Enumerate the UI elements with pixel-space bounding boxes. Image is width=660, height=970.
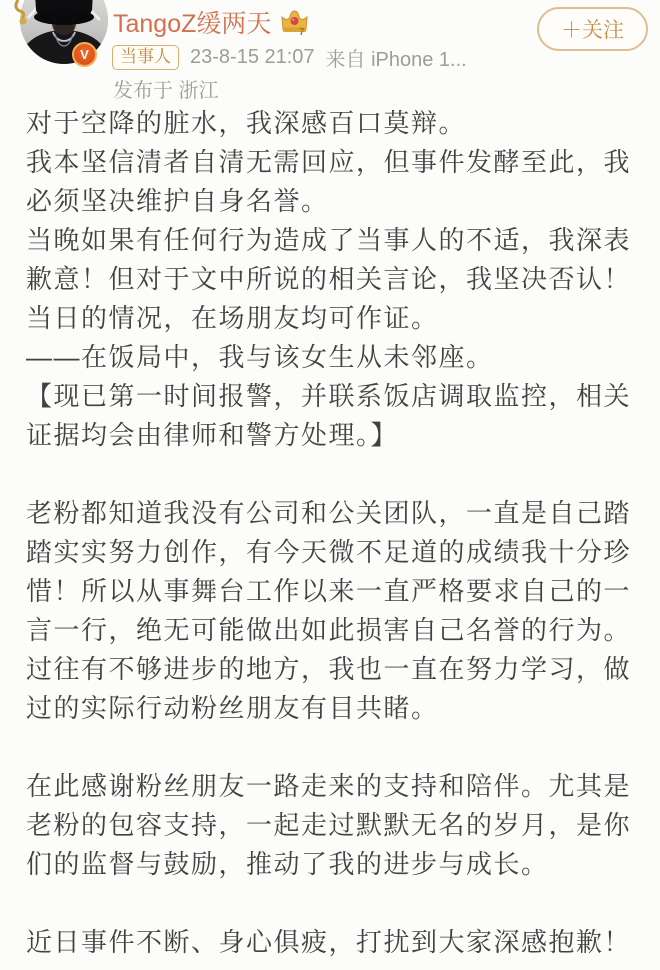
earring-ornament-icon — [11, 0, 33, 26]
post-body: 对于空降的脏水，我深感百口莫辩。我本坚信清者自清无需回应，但事件发酵至此，我必须… — [26, 104, 634, 962]
weibo-post-page: V TangoZ缓两天 7 当事人 23-8-15 21:07 来自 iPhon… — [0, 0, 660, 970]
verified-badge-icon: V — [72, 42, 97, 67]
meta-row: 当事人 23-8-15 21:07 来自 iPhone 1... — [112, 43, 467, 72]
verified-letter: V — [80, 48, 89, 61]
post-paragraph: 近日事件不断、身心俱疲，打扰到大家深感抱歉！ — [26, 923, 634, 962]
username-row: TangoZ缓两天 7 — [113, 4, 309, 40]
follow-button[interactable]: ＋关注 — [537, 7, 648, 51]
post-line: 近日事件不断、身心俱疲，打扰到大家深感抱歉！ — [26, 923, 634, 962]
vip-crown-icon: 7 — [280, 9, 309, 36]
username[interactable]: TangoZ缓两天 — [113, 4, 271, 40]
post-line: 我本坚信清者自清无需回应，但事件发酵至此，我必须坚决维护自身名誉。 — [26, 143, 634, 221]
post-location: 发布于 浙江 — [113, 74, 219, 103]
post-line: 【现已第一时间报警，并联系饭店调取监控，相关证据均会由律师和警方处理。】 — [26, 377, 634, 455]
post-header: V TangoZ缓两天 7 当事人 23-8-15 21:07 来自 iPhon… — [0, 0, 660, 101]
post-paragraph: 对于空降的脏水，我深感百口莫辩。我本坚信清者自清无需回应，但事件发酵至此，我必须… — [26, 104, 634, 455]
post-source[interactable]: 来自 iPhone 1... — [326, 43, 467, 72]
post-timestamp: 23-8-15 21:07 — [190, 46, 315, 69]
svg-text:7: 7 — [299, 27, 305, 36]
post-line: 对于空降的脏水，我深感百口莫辩。 — [26, 104, 634, 143]
post-line: 在此感谢粉丝朋友一路走来的支持和陪伴。尤其是老粉的包容支持，一起走过默默无名的岁… — [26, 767, 634, 884]
post-line: 当晚如果有任何行为造成了当事人的不适，我深表歉意！但对于文中所说的相关言论，我坚… — [26, 221, 634, 299]
post-paragraph: 在此感谢粉丝朋友一路走来的支持和陪伴。尤其是老粉的包容支持，一起走过默默无名的岁… — [26, 767, 634, 884]
role-badge: 当事人 — [112, 45, 179, 71]
post-paragraph: 老粉都知道我没有公司和公关团队，一直是自己踏踏实实努力创作，有今天微不足道的成绩… — [26, 494, 634, 728]
post-line: 老粉都知道我没有公司和公关团队，一直是自己踏踏实实努力创作，有今天微不足道的成绩… — [26, 494, 634, 728]
post-line: ——在饭局中，我与该女生从未邻座。 — [26, 338, 634, 377]
post-line: 当日的情况，在场朋友均可作证。 — [26, 299, 634, 338]
